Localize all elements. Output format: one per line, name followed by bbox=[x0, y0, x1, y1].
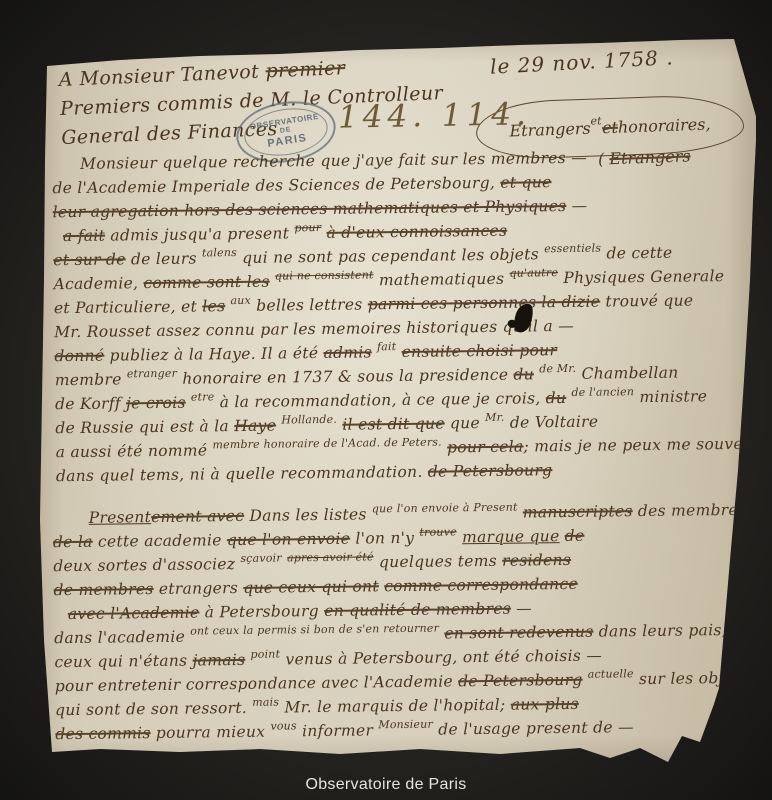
text-segment: pour entretenir correspondance avec l'Ac… bbox=[55, 672, 459, 695]
inserted-text-segment: que l'on envoie à Present bbox=[372, 501, 518, 516]
text-segment: marque que bbox=[462, 527, 560, 546]
text-segment: que bbox=[445, 414, 486, 432]
text-segment: Academie, bbox=[53, 274, 143, 293]
inserted-text-segment: vous bbox=[270, 719, 297, 732]
text-segment: a aussi été nommé bbox=[56, 441, 213, 461]
text-segment: Mr. Rousset assez connu par les memoires… bbox=[54, 317, 574, 341]
letter-body: Monsieur quelque recherche que j'aye fai… bbox=[54, 148, 752, 742]
letter-paragraph: Monsieur quelque recherche que j'aye fai… bbox=[52, 144, 754, 489]
text-segment: honoraire en 1737 & sous la presidence bbox=[177, 366, 514, 388]
struck-text-segment: leur agregation hors des sciences mathem… bbox=[53, 197, 567, 221]
inserted-text-segment: essentiels bbox=[544, 242, 601, 256]
text-segment: de Russie qui est à la bbox=[55, 417, 234, 437]
struck-text-segment: que ceux qui ont bbox=[243, 577, 379, 597]
struck-text-segment: en sont redevenus bbox=[444, 623, 593, 643]
struck-text-segment: jamais bbox=[193, 651, 246, 670]
archive-photo: { "caption": "Observatoire de Paris", "d… bbox=[0, 0, 772, 800]
struck-text-segment: les bbox=[202, 297, 225, 315]
text-segment: dans quel tems, ni à quelle recommandati… bbox=[56, 463, 428, 486]
struck-text-segment: je crois bbox=[126, 394, 186, 413]
struck-text-segment: que l'on envoie bbox=[227, 530, 351, 550]
struck-text-segment: ou bbox=[732, 621, 752, 639]
text-segment: belles lettres bbox=[251, 295, 368, 314]
inserted-text-segment: Monsieur bbox=[378, 718, 433, 732]
text-segment: de leurs bbox=[126, 249, 203, 268]
struck-text-segment: de bbox=[565, 527, 585, 545]
struck-text-segment: et bbox=[602, 117, 619, 137]
text-segment: Chambellan bbox=[576, 364, 678, 383]
text-segment: ; mais je ne peux me souvenir bbox=[523, 435, 766, 456]
text-segment: — bbox=[511, 599, 532, 617]
inserted-text-segment: fait bbox=[377, 340, 397, 353]
text-segment: — bbox=[566, 197, 587, 215]
inserted-text-segment: talens bbox=[202, 246, 237, 259]
manuscript-page: A Monsieur Tanevot premierPremiers commi… bbox=[38, 36, 756, 764]
text-segment: de l'Academie Imperiale des Sciences de … bbox=[52, 174, 500, 197]
text-segment: Present bbox=[89, 508, 152, 527]
struck-text-segment: trouve bbox=[419, 525, 456, 538]
inserted-text-segment: Hollande. bbox=[281, 413, 337, 427]
text-segment: des membres bbox=[633, 501, 747, 520]
text-segment: mathematiques bbox=[374, 270, 510, 290]
struck-text-segment: pour bbox=[294, 221, 321, 234]
text-segment: Monsieur quelque recherche que j'aye fai… bbox=[80, 149, 587, 173]
inserted-text-segment: aux bbox=[230, 294, 251, 307]
text-segment: de Korff bbox=[55, 394, 126, 413]
text-segment: Physiques Generale bbox=[558, 267, 724, 287]
struck-text-segment: apres avoir été bbox=[287, 550, 374, 564]
struck-text-segment: qui ne consistent bbox=[275, 268, 374, 282]
struck-text-segment: qu'autre bbox=[509, 266, 558, 280]
struck-text-segment: de Petersbourg bbox=[428, 461, 553, 481]
text-segment: trouvé que bbox=[600, 291, 693, 310]
text-segment: quelques tems bbox=[374, 552, 503, 572]
struck-text-segment: du bbox=[546, 389, 567, 407]
inserted-text-segment: actuelle bbox=[588, 667, 634, 681]
text-segment: deux sortes d'associez bbox=[53, 555, 240, 575]
text-segment: l'on n'y bbox=[350, 529, 420, 548]
text-segment: honoraires, bbox=[618, 114, 711, 136]
letter-paragraph: Presentement avec Dans les listes que l'… bbox=[53, 498, 754, 747]
inserted-text-segment: etre bbox=[191, 390, 215, 403]
struck-text-segment: de membres bbox=[53, 580, 153, 599]
struck-text-segment: Haye bbox=[234, 417, 276, 436]
text-segment: membre bbox=[55, 370, 127, 389]
text-segment: admis jusqu'a present bbox=[105, 224, 295, 244]
text-segment: ceux qui n'étans bbox=[54, 652, 192, 672]
struck-text-segment: du bbox=[513, 365, 534, 383]
text-segment: cette academie bbox=[93, 531, 227, 551]
struck-text-segment: manuscriptes bbox=[523, 502, 633, 521]
struck-text-segment: et sur de bbox=[53, 250, 126, 269]
text-segment: sur les objets bbox=[634, 669, 748, 688]
text-segment: qui sont de son ressort. bbox=[55, 699, 252, 719]
struck-text-segment: premier bbox=[265, 57, 346, 82]
struck-text-segment: avec l'Academie bbox=[68, 603, 200, 623]
inserted-text-segment: sçavoir bbox=[240, 551, 282, 565]
inserted-text-segment: de Mr. bbox=[539, 362, 576, 375]
text-segment: etrangers bbox=[154, 579, 244, 598]
text-segment: venus à Petersbourg, ont été choisis — bbox=[280, 647, 602, 669]
struck-text-segment: et que bbox=[500, 173, 551, 192]
text-segment: Dans les listes bbox=[244, 505, 372, 525]
struck-text-segment: admis bbox=[323, 343, 371, 362]
text-segment: A Monsieur Tanevot bbox=[58, 60, 266, 91]
text-segment bbox=[534, 365, 539, 383]
text-segment: de Voltaire bbox=[505, 413, 599, 432]
text-segment: à Petersbourg bbox=[199, 602, 324, 622]
text-segment: de cette bbox=[601, 244, 672, 263]
inserted-text-segment: membre honoraire de l'Acad. de Peters. bbox=[212, 436, 442, 452]
text-segment: dans leurs pais, bbox=[593, 621, 732, 641]
text-segment: ministre bbox=[634, 387, 707, 406]
struck-text-segment: il est dit que bbox=[342, 414, 445, 433]
text-segment bbox=[372, 343, 377, 361]
letter-date: le 29 nov. 1758 . bbox=[489, 45, 674, 79]
struck-text-segment: a fait bbox=[63, 227, 105, 246]
struck-text-segment: pour cela bbox=[447, 438, 524, 457]
struck-text-segment: des commis bbox=[55, 724, 151, 743]
struck-text-segment: comme correspondance bbox=[384, 575, 578, 595]
inserted-text-segment: point bbox=[250, 648, 280, 661]
text-segment: pourra mieux bbox=[151, 723, 271, 742]
inserted-text-segment: Mr. bbox=[485, 411, 505, 424]
image-caption: Observatoire de Paris bbox=[0, 776, 772, 794]
inserted-text-segment: et bbox=[590, 114, 602, 127]
struck-text-segment: de Petersbourg bbox=[458, 671, 583, 691]
struck-text-segment: ensuite choisi pour bbox=[402, 341, 558, 361]
catalog-number: 144. 114. bbox=[338, 96, 532, 135]
inserted-text-segment: mais bbox=[252, 696, 279, 709]
struck-text-segment: en qualité de membres bbox=[324, 600, 511, 620]
inserted-text-segment: ont ceux la permis si bon de s'en retour… bbox=[190, 622, 439, 638]
text-segment: dans l'academie bbox=[54, 628, 190, 648]
struck-text-segment: à d'eux connoissances bbox=[326, 222, 507, 242]
inserted-text-segment: de l'ancien bbox=[571, 385, 634, 399]
struck-text-segment: parmi ces personnes la dizie bbox=[368, 293, 601, 314]
struck-text-segment: ement avec bbox=[151, 507, 244, 526]
text-segment: Mr. le marquis de l'hopital; bbox=[279, 696, 511, 717]
text-segment: et Particuliere, et bbox=[54, 297, 203, 317]
struck-text-segment: de la bbox=[53, 533, 93, 551]
struck-text-segment: aux plus bbox=[511, 695, 579, 714]
text-segment: qui ne sont pas cependant les objets bbox=[237, 245, 544, 267]
struck-text-segment: comme sont les bbox=[143, 273, 269, 293]
struck-text-segment: residens bbox=[502, 551, 571, 570]
struck-text-segment: donné bbox=[54, 347, 104, 366]
text-segment: informer bbox=[297, 721, 379, 740]
text-segment: et bbox=[752, 620, 772, 638]
inserted-text-segment: etranger bbox=[127, 367, 177, 381]
text-segment: publiez à la Haye. Il a été bbox=[104, 344, 323, 365]
text-segment: à la recommandation, à ce que je crois, bbox=[214, 389, 546, 411]
text-segment: de l'usage present de — bbox=[433, 718, 634, 738]
